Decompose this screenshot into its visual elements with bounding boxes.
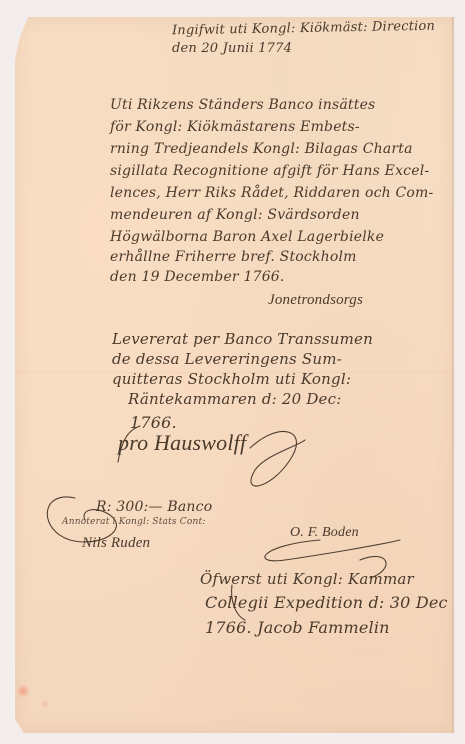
receipt-line-1: Levererat per Banco Transsumen bbox=[112, 332, 373, 347]
body-line-8: erhållne Friherre bref. Stockholm bbox=[110, 250, 357, 264]
foxing-stain bbox=[16, 684, 30, 698]
body-line-4: sigillata Recognitione afgift för Hans E… bbox=[110, 164, 429, 178]
body-line-1: Uti Rikzens Ständers Banco insättes bbox=[110, 98, 375, 112]
body-line-2: för Kongl: Kiökmästarens Embets- bbox=[110, 120, 360, 134]
body-signature: Jonetrondsorgs bbox=[268, 293, 363, 308]
signature-third: O. F. Boden bbox=[290, 526, 359, 540]
header-line-2: den 20 Junii 1774 bbox=[172, 42, 292, 55]
body-line-3: rning Tredjeandels Kongl: Bilagas Charta bbox=[110, 142, 413, 156]
receipt-line-5: 1766. bbox=[130, 415, 177, 431]
signature-second: Nils Ruden bbox=[82, 536, 150, 551]
paper-edge bbox=[452, 17, 455, 733]
closing-line-3: 1766. Jacob Fammelin bbox=[205, 620, 390, 636]
amount-note: R: 300:— Banco bbox=[96, 500, 212, 514]
foxing-stain bbox=[40, 700, 50, 708]
body-line-5: lences, Herr Riks Rådet, Riddaren och Co… bbox=[110, 186, 433, 200]
receipt-line-4: Räntekammaren d: 20 Dec: bbox=[128, 392, 341, 407]
amount-subnote: Annoterat i Kongl: Stats Cont: bbox=[62, 518, 206, 527]
body-line-7: Högwälborna Baron Axel Lagerbielke bbox=[110, 230, 384, 244]
closing-line-1: Öfwerst uti Kongl: Kammar bbox=[200, 572, 414, 587]
receipt-line-2: de dessa Levereringens Sum- bbox=[112, 352, 342, 367]
body-line-9: den 19 December 1766. bbox=[110, 270, 285, 284]
signature-first: pro Hauswolff bbox=[118, 432, 246, 454]
body-line-6: mendeuren af Kongl: Svärdsorden bbox=[110, 208, 360, 222]
receipt-line-3: quitteras Stockholm uti Kongl: bbox=[112, 372, 351, 387]
closing-line-2: Collegii Expedition d: 30 Dec bbox=[205, 595, 448, 611]
